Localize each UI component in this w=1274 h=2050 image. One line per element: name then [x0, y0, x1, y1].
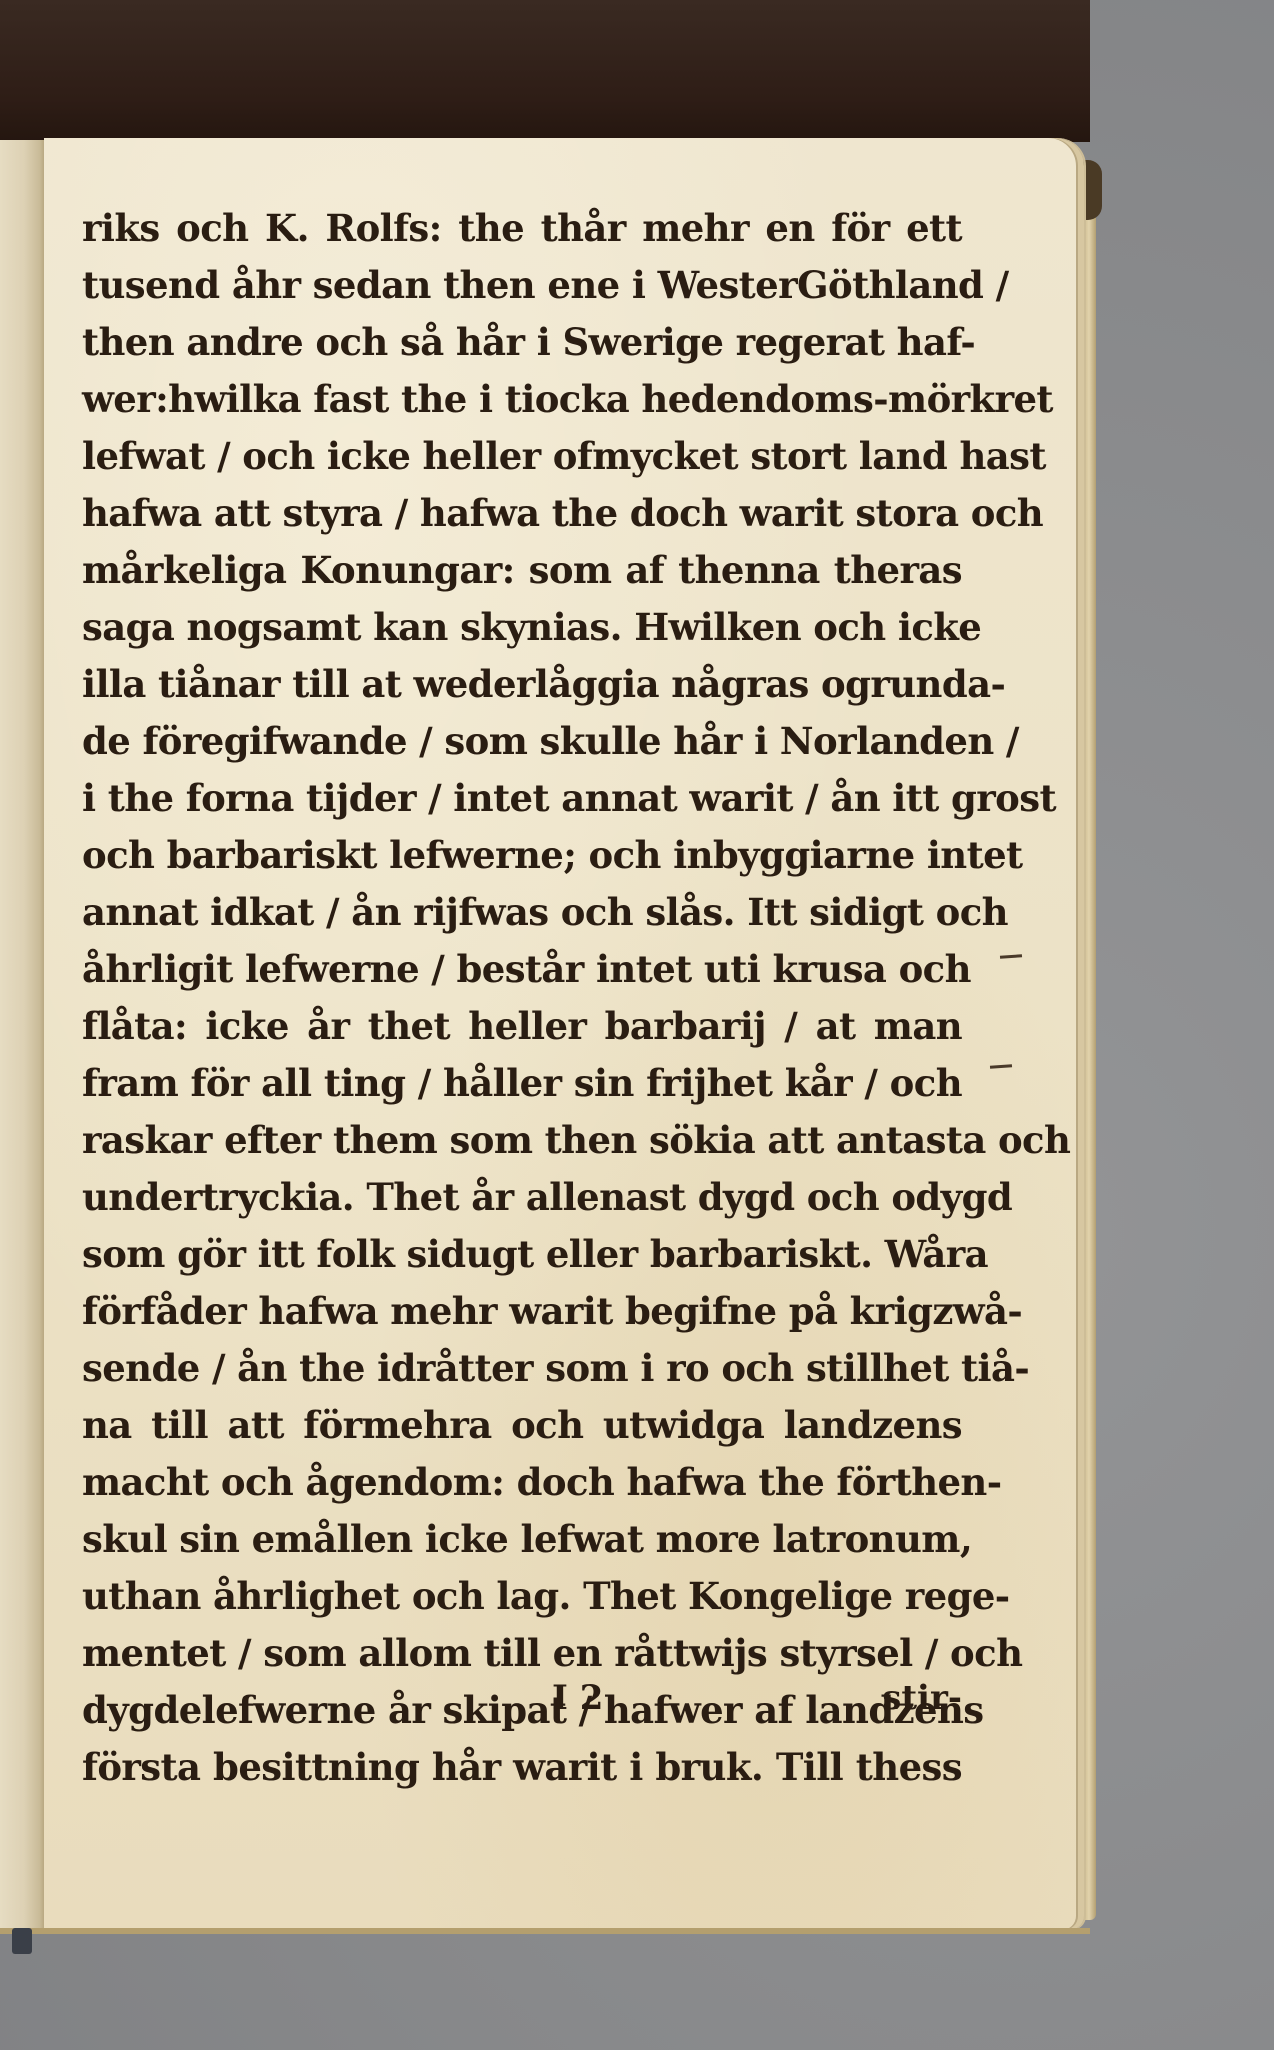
- text-line: sende / ån the idråtter som i ro och sti…: [82, 1340, 962, 1397]
- text-line: then andre och så hår i Swerige regerat …: [82, 314, 962, 371]
- text-line: illa tiånar till at wederlåggia någras o…: [82, 656, 962, 713]
- text-line: förfåder hafwa mehr warit begifne på kri…: [82, 1283, 962, 1340]
- text-line: lefwat / och icke heller ofmycket stort …: [82, 428, 962, 485]
- text-line: tusend åhr sedan then ene i WesterGöthla…: [82, 257, 962, 314]
- book-cover-binding: [0, 0, 1090, 142]
- page-bottom-edge: [0, 1928, 1090, 1934]
- page-text: riks och K. Rolfs: the thår mehr en för …: [82, 200, 962, 1796]
- text-line: fram för all ting / håller sin frijhet k…: [82, 1055, 962, 1112]
- text-line: mentet / som allom till en råttwijs styr…: [82, 1625, 962, 1682]
- text-line: wer:hwilka fast the i tiocka hedendoms-m…: [82, 371, 962, 428]
- page-footer: I 2 stir-: [82, 1678, 962, 1728]
- text-line: saga nogsamt kan skynias. Hwilken och ic…: [82, 599, 962, 656]
- text-line: i the forna tijder / intet annat warit /…: [82, 770, 962, 827]
- page-fore-edge: [1082, 210, 1096, 1920]
- text-line: hafwa att styra / hafwa the doch warit s…: [82, 485, 962, 542]
- text-line: annat idkat / ån rijfwas och slås. Itt s…: [82, 884, 962, 941]
- text-line: macht och ågendom: doch hafwa the förthe…: [82, 1454, 962, 1511]
- text-line: raskar efter them som then sökia att ant…: [82, 1112, 962, 1169]
- signature-mark: I 2: [552, 1678, 603, 1718]
- binding-tab: [1082, 160, 1102, 220]
- facing-page-edge: [0, 140, 46, 1930]
- text-line: åhrligit lefwerne / består intet uti kru…: [82, 941, 962, 998]
- catchword: stir-: [882, 1678, 962, 1718]
- text-line: uthan åhrlighet och lag. Thet Kongelige …: [82, 1568, 962, 1625]
- text-line: flåta: icke år thet heller barbarij / at…: [82, 998, 962, 1055]
- text-line: mårkeliga Konungar: som af thenna theras: [82, 542, 962, 599]
- text-line: som gör itt folk sidugt eller barbariskt…: [82, 1226, 962, 1283]
- text-line: undertryckia. Thet år allenast dygd och …: [82, 1169, 962, 1226]
- text-line: skul sin emållen icke lefwat more latron…: [82, 1511, 962, 1568]
- text-line: och barbariskt lefwerne; och inbyggiarne…: [82, 827, 962, 884]
- text-line: riks och K. Rolfs: the thår mehr en för …: [82, 200, 962, 257]
- binding-clasp: [12, 1928, 32, 1954]
- text-line: na till att förmehra och utwidga landzen…: [82, 1397, 962, 1454]
- text-line: de föregifwande / som skulle hår i Norla…: [82, 713, 962, 770]
- text-line: första besittning hår warit i bruk. Till…: [82, 1739, 962, 1796]
